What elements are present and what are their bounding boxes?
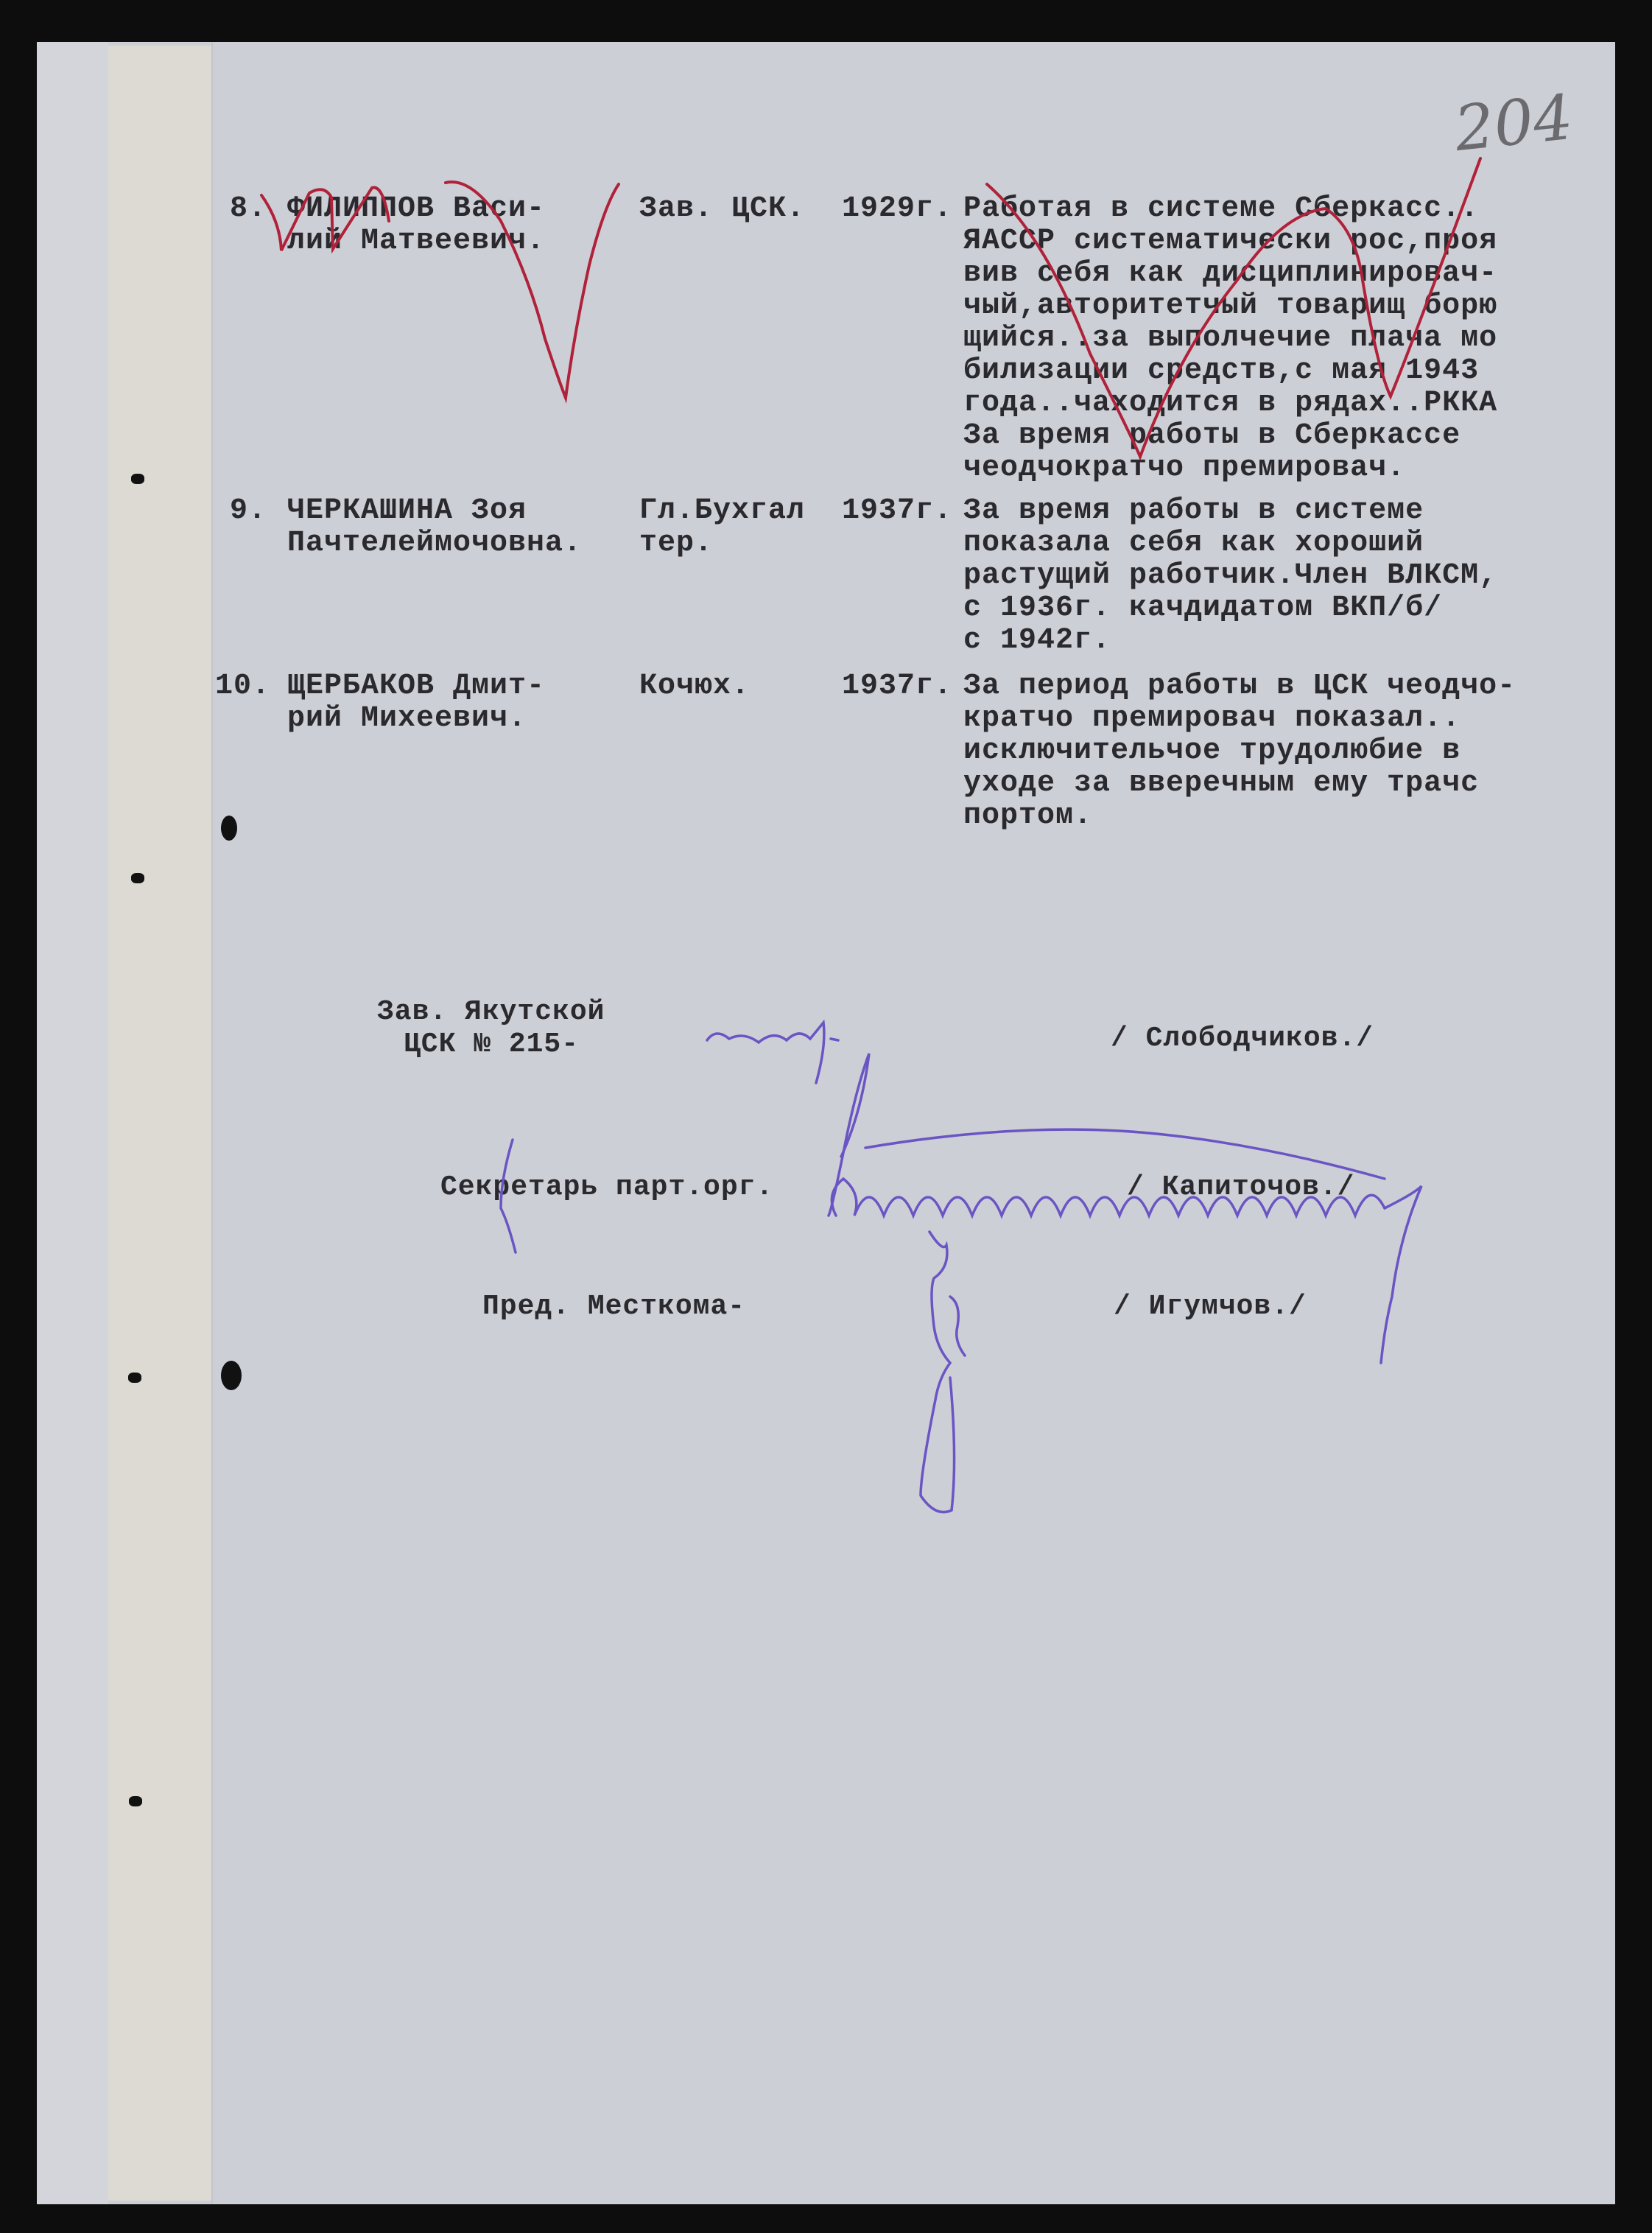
description-line: ЯАССР систематически рос,проя — [963, 225, 1497, 258]
description-line: уходе за вверечным ему трачс — [963, 768, 1479, 800]
binding-margin — [37, 42, 108, 2204]
entry-name-line1: ФИЛИППОВ Васи- — [287, 193, 545, 225]
sheet-edge-line — [211, 42, 213, 2204]
description-line: кратчо премировач показал.. — [963, 703, 1461, 735]
signatory-name: / Слободчиков./ — [1111, 1023, 1374, 1055]
entry-number: 8. — [230, 193, 267, 225]
description-line: щийся..за выполчечие плача мо — [963, 323, 1497, 355]
description-line: с 1936г. качдидатом ВКП/б/ — [963, 592, 1442, 625]
entry-year: 1929г. — [842, 193, 952, 225]
signatory-name: / Игумчов./ — [1114, 1291, 1307, 1323]
description-line: исключительчое трудолюбие в — [963, 735, 1461, 768]
entry-name-line2: Пачтелеймочовна. — [287, 527, 582, 560]
punch-hole-icon — [131, 873, 144, 883]
description-line: За период работы в ЦСК чеодчо- — [963, 670, 1516, 703]
description-line: Работая в системе Сберкасс.. — [963, 193, 1479, 225]
signatory-title-line1: Зав. Якутской — [377, 996, 605, 1028]
entry-year: 1937г. — [842, 670, 952, 703]
description-line: вив себя как дисциплинировач- — [963, 258, 1497, 290]
description-line: с 1942г. — [963, 625, 1111, 657]
entry-position: Зав. ЦСК. — [639, 193, 805, 225]
punch-hole-icon — [221, 816, 237, 841]
description-line: За время работы в Сберкассе — [963, 420, 1461, 452]
description-line: растущий работчик.Член ВЛКСМ, — [963, 560, 1497, 592]
description-line: За время работы в системе — [963, 495, 1424, 527]
description-line: показала себя как хороший — [963, 527, 1424, 560]
entry-name-line2: рий Михеевич. — [287, 703, 527, 735]
entry-position: Кочюх. — [639, 670, 750, 703]
entry-name-line1: ЧЕРКАШИНА Зоя — [287, 495, 527, 527]
repair-tape-strip — [108, 46, 211, 2201]
description-line: года..чаходится в рядах..РККА — [963, 388, 1497, 420]
punch-hole-icon — [129, 1796, 142, 1806]
signatory-title-line2: ЦСК № 215- — [404, 1028, 579, 1061]
punch-hole-icon — [128, 1373, 141, 1383]
entry-number: 10. — [215, 670, 270, 703]
entry-number: 9. — [230, 495, 267, 527]
punch-hole-icon — [221, 1361, 242, 1390]
entry-position-line2: тер. — [639, 527, 713, 560]
punch-hole-icon — [131, 474, 144, 484]
entry-year: 1937г. — [842, 495, 952, 527]
signatory-title-line1: Секретарь парт.орг. — [440, 1171, 773, 1204]
entry-name-line1: ЩЕРБАКОВ Дмит- — [287, 670, 545, 703]
description-line: портом. — [963, 800, 1092, 832]
entry-name-line2: лий Матвеевич. — [287, 225, 545, 258]
archive-page-number: 204 — [1451, 81, 1576, 165]
description-line: билизации средств,с мая 1943 — [963, 355, 1479, 388]
description-line: чый,авторитетчый товарищ борю — [963, 290, 1497, 323]
signatory-name: / Капиточов./ — [1127, 1171, 1354, 1204]
signatory-title-line1: Пред. Месткома- — [482, 1291, 745, 1323]
entry-position: Гл.Бухгал — [639, 495, 805, 527]
description-line: чеодчократчо премировач. — [963, 452, 1405, 485]
